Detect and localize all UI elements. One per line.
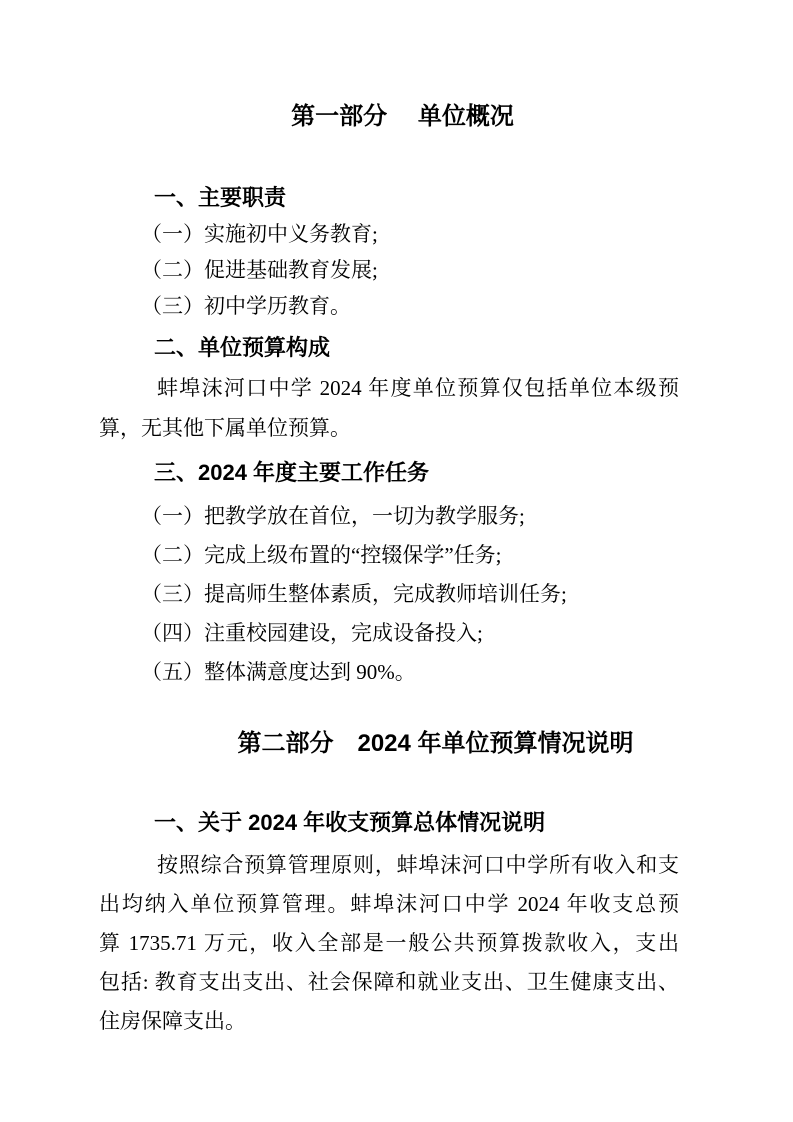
duty-item: （一）实施初中义务教育;	[99, 216, 679, 252]
part2-title: 第二部分 2024 年单位预算情况说明	[99, 722, 679, 766]
part1-title: 第一部分 单位概况	[99, 97, 679, 137]
paragraph-line: 出均纳入单位预算管理。蚌埠沫河口中学 2024 年收支总预	[99, 885, 679, 924]
part1-heading-tasks: 三、2024 年度主要工作任务	[99, 455, 679, 491]
paragraph-line: 按照综合预算管理原则，蚌埠沫河口中学所有收入和支	[99, 846, 679, 885]
document-content: 第一部分 单位概况 一、主要职责 （一）实施初中义务教育; （二）促进基础教育发…	[99, 0, 679, 1041]
task-item: （三）提高师生整体素质，完成教师培训任务;	[99, 575, 679, 614]
part1-heading-composition: 二、单位预算构成	[99, 330, 679, 366]
task-item: （二）完成上级布置的“控辍保学”任务;	[99, 536, 679, 575]
document-root: html, body { margin: 0; padding: 0; back…	[0, 0, 793, 1122]
overview-paragraph: 按照综合预算管理原则，蚌埠沫河口中学所有收入和支 出均纳入单位预算管理。蚌埠沫河…	[99, 846, 679, 1041]
task-item: （五）整体满意度达到 90%。	[99, 653, 679, 692]
part2-heading-overview: 一、关于 2024 年收支预算总体情况说明	[99, 805, 679, 841]
paragraph-line: 算 1735.71 万元，收入全部是一般公共预算拨款收入，支出	[99, 924, 679, 963]
composition-paragraph: 蚌埠沫河口中学 2024 年度单位预算仅包括单位本级预 算，无其他下属单位预算。	[99, 368, 679, 448]
duty-item: （三）初中学历教育。	[99, 288, 679, 324]
paragraph-line: 包括: 教育支出支出、社会保障和就业支出、卫生健康支出、	[99, 963, 679, 1002]
task-item: （四）注重校园建设，完成设备投入;	[99, 614, 679, 653]
duty-item: （二）促进基础教育发展;	[99, 252, 679, 288]
paragraph-line: 蚌埠沫河口中学 2024 年度单位预算仅包括单位本级预	[99, 368, 679, 408]
document-body: { "colors": { "page_background": "#fffff…	[0, 0, 793, 1122]
duties-list: （一）实施初中义务教育; （二）促进基础教育发展; （三）初中学历教育。	[99, 216, 679, 324]
paragraph-line: 算，无其他下属单位预算。	[99, 408, 679, 448]
paragraph-line: 住房保障支出。	[99, 1002, 679, 1041]
part1-heading-duties: 一、主要职责	[99, 180, 679, 216]
tasks-list: （一）把教学放在首位，一切为教学服务; （二）完成上级布置的“控辍保学”任务; …	[99, 497, 679, 692]
budget-document-page: 第一部分 单位概况 一、主要职责 （一）实施初中义务教育; （二）促进基础教育发…	[0, 0, 793, 1122]
task-item: （一）把教学放在首位，一切为教学服务;	[99, 497, 679, 536]
